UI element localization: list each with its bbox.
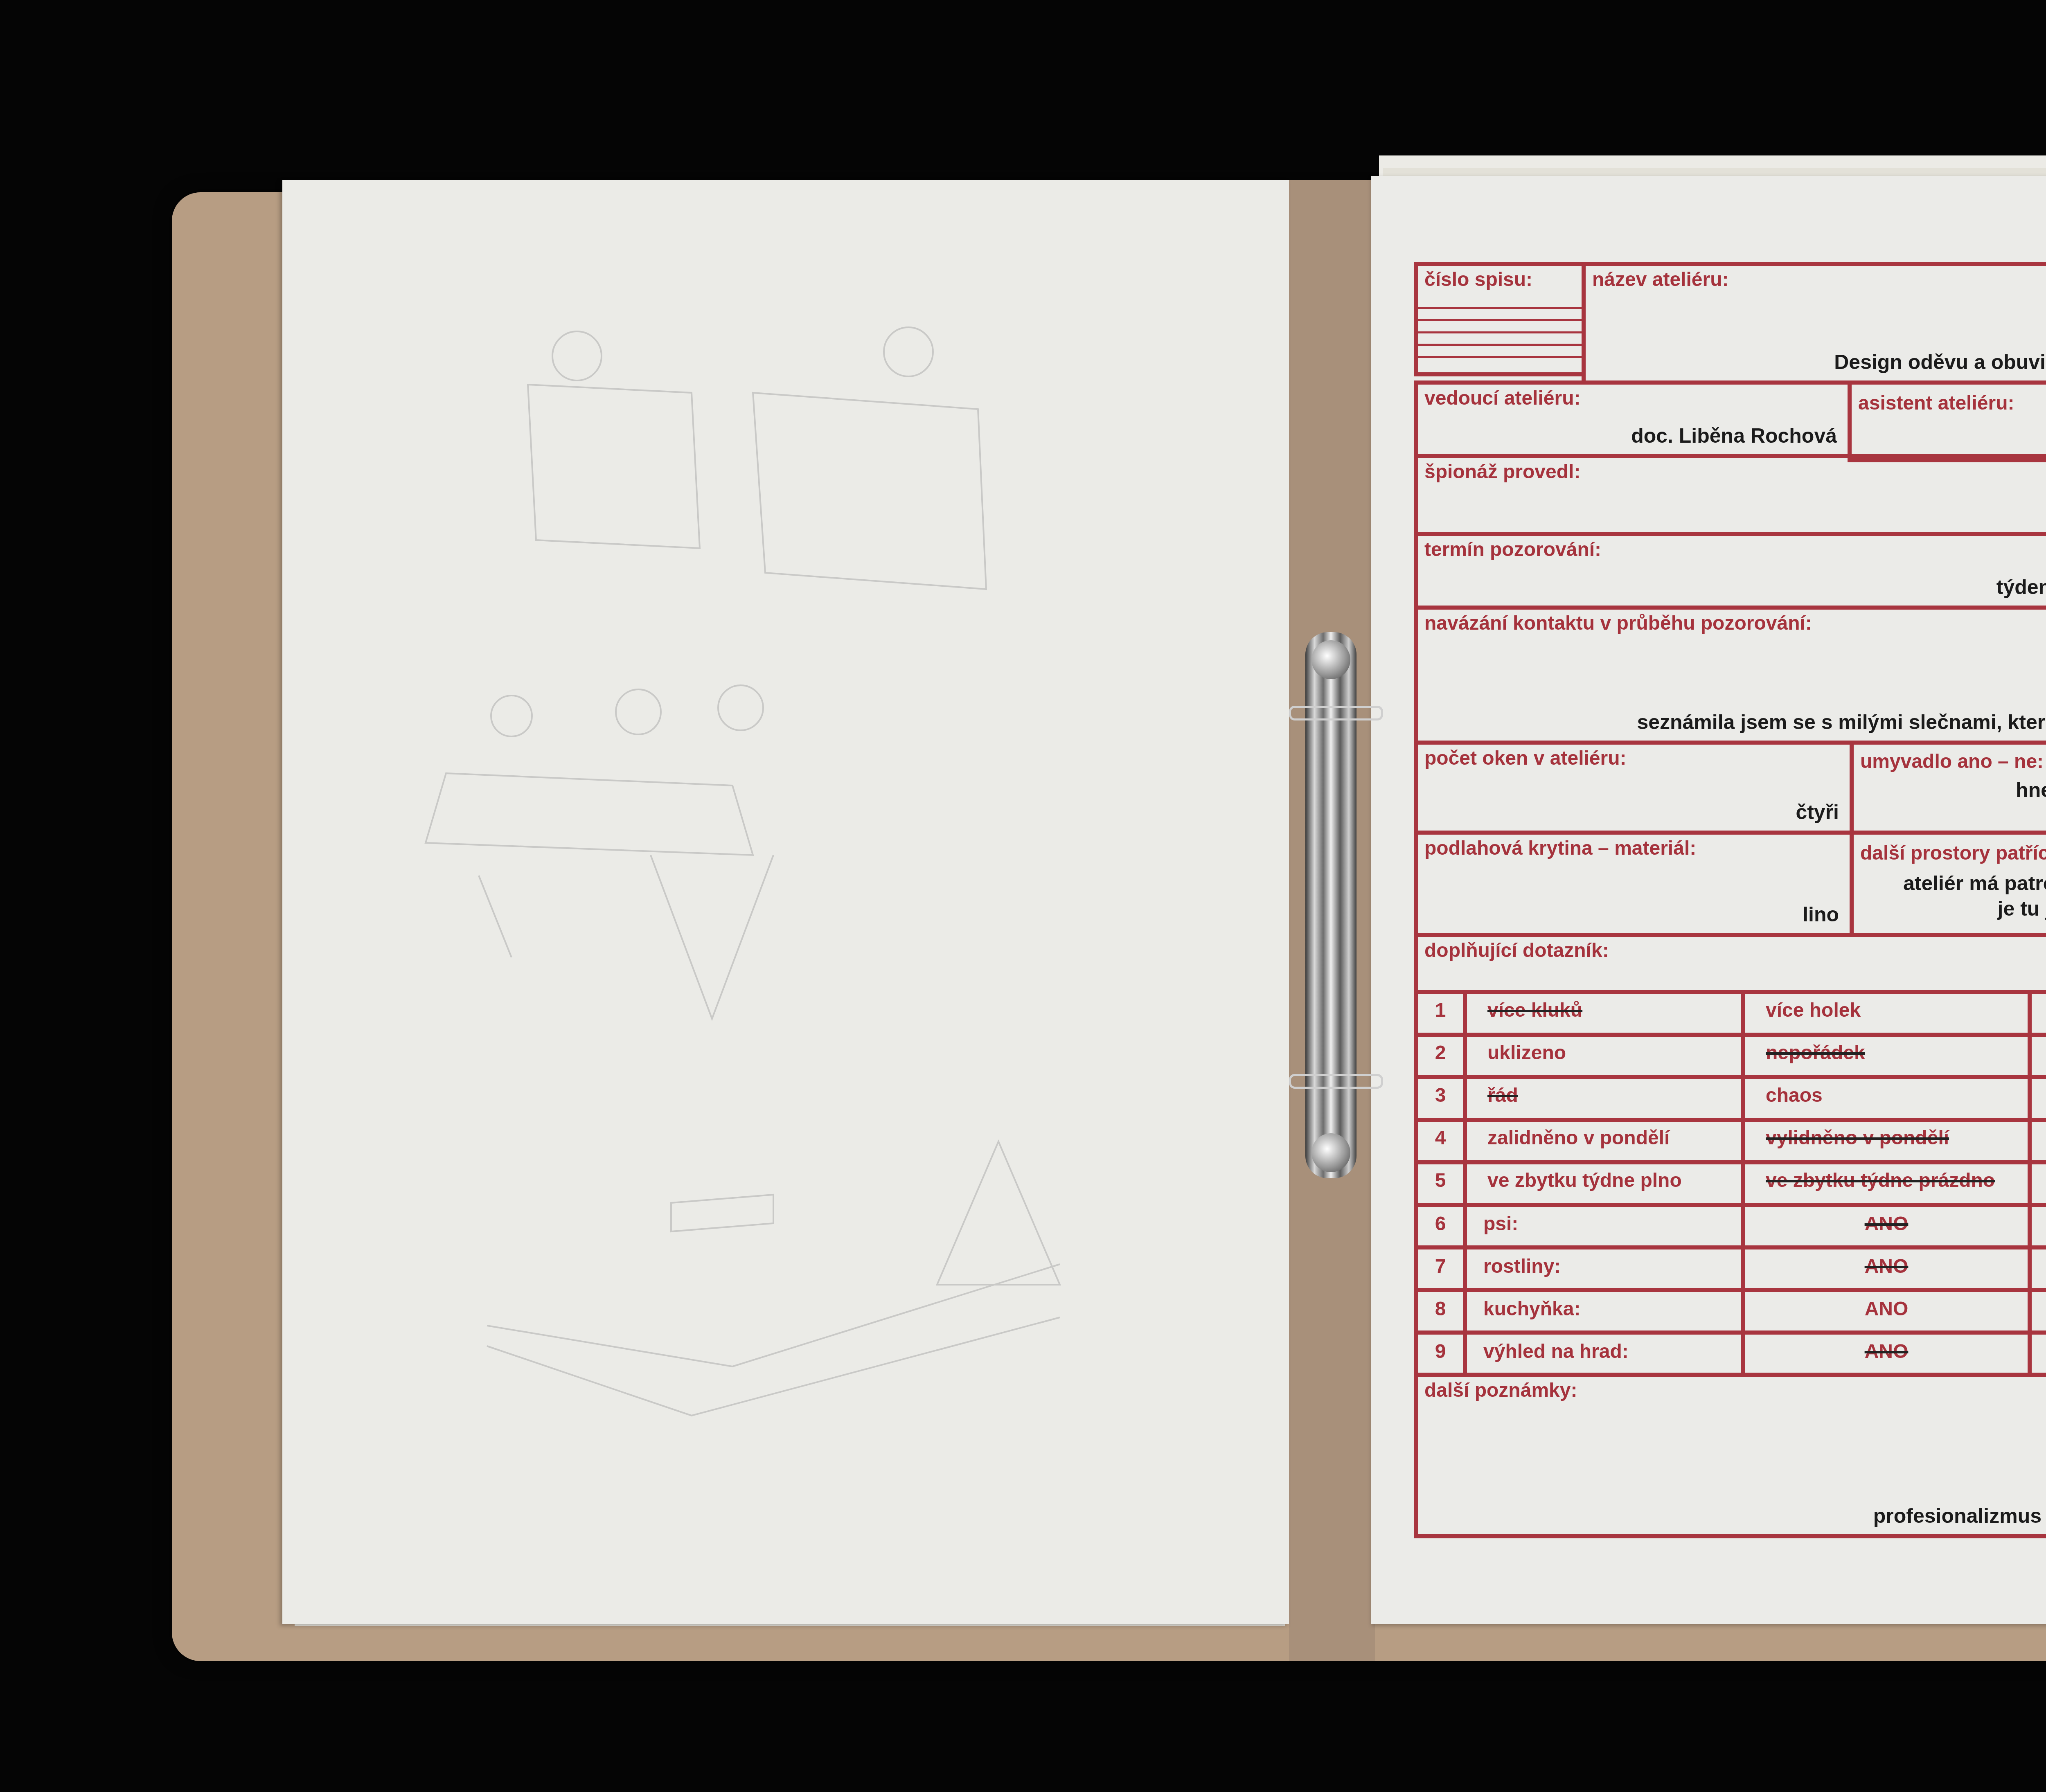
yes-option: ANO — [1745, 1213, 2028, 1235]
floor-field[interactable]: podlahová krytina – materiál: lino — [1414, 831, 1854, 937]
answer-option[interactable]: nepořádek — [1741, 1033, 2032, 1079]
row-number-cell: 8 — [1414, 1288, 1467, 1335]
studio-name-field[interactable]: název ateliéru: Design oděvu a obuvi — [1582, 262, 2046, 385]
observation-period-label: termín pozorování: — [1424, 538, 1601, 561]
question-text-cell: výhled na hrad: — [1463, 1330, 1745, 1377]
option-text: ve zbytku týdne plno — [1487, 1169, 1682, 1192]
observation-period-field[interactable]: termín pozorování: týden před koncem LS,… — [1414, 532, 2046, 610]
other-spaces-field[interactable]: další prostory patřící k ateliéru: ateli… — [1850, 831, 2046, 937]
no-option: NE — [2032, 1298, 2046, 1320]
contact-label: navázání kontaktu v průběhu pozorování: — [1424, 612, 1812, 635]
studio-head-field[interactable]: vedoucí ateliéru: doc. Liběna Rochová — [1414, 380, 1852, 458]
row-number-cell: 4 — [1414, 1118, 1467, 1164]
row-number-cell: 3 — [1414, 1075, 1467, 1122]
questionnaire-row: 5ve zbytku týdne plnove zbytku týdne prá… — [1414, 1160, 2046, 1203]
row-number: 9 — [1418, 1340, 1463, 1363]
answer-option[interactable]: chaos — [1741, 1075, 2032, 1122]
yes-no-row: 9výhled na hrad:ANONE — [1414, 1330, 2046, 1373]
file-number-label: číslo spisu: — [1424, 268, 1532, 291]
sink-value-line: hned u vchodu za dveřma, — [2016, 779, 2046, 801]
option-text: více holek — [1766, 999, 1861, 1022]
question-text-cell: kuchyňka: — [1463, 1288, 1745, 1335]
yes-option: ANO — [1745, 1340, 2028, 1363]
answer-option[interactable]: nevím — [2028, 1075, 2046, 1122]
yes-option-cell[interactable]: ANO — [1741, 1203, 2032, 1249]
floor-label: podlahová krytina – materiál: — [1424, 837, 1696, 860]
other-spaces-value: ateliér má patro, kde je prostor na šití… — [1903, 871, 2046, 921]
questionnaire-label: doplňující dotazník: — [1424, 939, 1609, 962]
binder-rivet-top — [1311, 640, 1350, 679]
no-option-cell[interactable]: NE — [2028, 1245, 2046, 1292]
yes-no-row: 8kuchyňka:ANONE — [1414, 1288, 2046, 1330]
answer-option[interactable]: uklizeno — [1463, 1033, 1745, 1079]
windows-value: čtyři — [1796, 799, 1839, 825]
row-number: 1 — [1418, 999, 1463, 1022]
row-number: 3 — [1418, 1084, 1463, 1107]
floor-value: lino — [1803, 902, 1839, 927]
observation-period-value: týden před koncem LS, 2017 — [1996, 574, 2046, 600]
row-number: 2 — [1418, 1042, 1463, 1064]
studio-head-value: doc. Liběna Rochová — [1631, 423, 1837, 448]
no-option: NE — [2032, 1213, 2046, 1235]
row-number-cell: 7 — [1414, 1245, 1467, 1292]
row-number: 5 — [1418, 1169, 1463, 1192]
binder-ring-bottom — [1289, 1074, 1383, 1089]
yes-option: ANO — [1745, 1298, 2028, 1320]
question-text: rostliny: — [1483, 1255, 1561, 1278]
other-spaces-label: další prostory patřící k ateliéru: — [1860, 842, 2046, 864]
left-page-sketch — [282, 180, 1289, 1624]
no-option-cell[interactable]: NE — [2028, 1203, 2046, 1249]
row-number-cell: 1 — [1414, 990, 1467, 1037]
answer-option[interactable]: ve zbytku týdne prázdno — [1741, 1160, 2032, 1207]
no-option: NE — [2032, 1340, 2046, 1363]
ruled-line — [1418, 331, 1582, 333]
question-text: výhled na hrad: — [1483, 1340, 1629, 1363]
row-number: 6 — [1418, 1213, 1463, 1235]
contact-field[interactable]: navázání kontaktu v průběhu pozorování: … — [1414, 606, 2046, 745]
answer-option[interactable]: vylidněno v pondělí — [1741, 1118, 2032, 1164]
questionnaire-row: 4zalidněno v pondělívylidněno v pondělín… — [1414, 1118, 2046, 1160]
questionnaire-row: 2uklizenonepořádekstřídavě — [1414, 1033, 2046, 1075]
windows-field[interactable]: počet oken v ateliéru: čtyři — [1414, 741, 1854, 835]
answer-option[interactable]: vyrovnané — [2028, 990, 2046, 1037]
answer-option[interactable]: nevím — [2028, 1160, 2046, 1207]
studio-assistant-label: asistent ateliéru: — [1858, 392, 2014, 414]
studio-assistant-field[interactable]: asistent ateliéru: MgA. Vojta Novotný — [1848, 380, 2046, 462]
other-spaces-value-line: je tu ještě top secret kabinet — [1998, 897, 2046, 920]
sink-field[interactable]: umyvadlo ano – ne: hned u vchodu za dveř… — [1850, 741, 2046, 835]
row-number-cell: 2 — [1414, 1033, 1467, 1079]
notes-field[interactable]: další poznámky: profesionalizmus — [1414, 1373, 2046, 1538]
no-option-cell[interactable]: NE — [2028, 1330, 2046, 1377]
notes-label: další poznámky: — [1424, 1379, 1577, 1402]
pencil-sketch-drawing — [282, 180, 1289, 1624]
questionnaire-header: doplňující dotazník: — [1414, 933, 2046, 994]
studio-name-label: název ateliéru: — [1592, 268, 1728, 291]
studio-head-label: vedoucí ateliéru: — [1424, 387, 1580, 410]
answer-option[interactable]: více holek — [1741, 990, 2032, 1037]
questionnaire-row: 1více klukůvíce holekvyrovnané — [1414, 990, 2046, 1033]
question-text-cell: psi: — [1463, 1203, 1745, 1249]
sink-label: umyvadlo ano – ne: — [1860, 750, 2044, 773]
yes-no-row: 7rostliny:ANONE — [1414, 1245, 2046, 1288]
row-number-cell: 9 — [1414, 1330, 1467, 1377]
spy-report-form: číslo spisu: název ateliéru: Design oděv… — [1414, 262, 2046, 1538]
ruled-line — [1418, 344, 1582, 346]
option-text: uklizeno — [1487, 1042, 1566, 1064]
row-number: 8 — [1418, 1298, 1463, 1320]
yes-option-cell[interactable]: ANO — [1741, 1330, 2032, 1377]
spy-label: špionáž provedl: — [1424, 461, 1580, 483]
studio-name-value: Design oděvu a obuvi — [1834, 349, 2046, 375]
row-number-cell: 5 — [1414, 1160, 1467, 1207]
option-text: více kluků — [1487, 999, 1582, 1022]
notes-value: profesionalizmus — [1873, 1503, 2041, 1529]
answer-option[interactable]: nevím — [2028, 1118, 2046, 1164]
option-text: řád — [1487, 1084, 1518, 1107]
no-option: NE — [2032, 1255, 2046, 1278]
row-number: 7 — [1418, 1255, 1463, 1278]
option-text: zalidněno v pondělí — [1487, 1127, 1670, 1149]
ruled-line — [1418, 356, 1582, 358]
question-text: psi: — [1483, 1213, 1518, 1235]
row-number-cell: 6 — [1414, 1203, 1467, 1249]
yes-option-cell[interactable]: ANO — [1741, 1288, 2032, 1335]
answer-option[interactable]: řád — [1463, 1075, 1745, 1122]
answer-option[interactable]: více kluků — [1463, 990, 1745, 1037]
other-spaces-value-line: ateliér má patro, kde je prostor na šití… — [1903, 872, 2046, 895]
yes-no-row: 6psi:ANONE — [1414, 1203, 2046, 1245]
binder-rivet-bottom — [1311, 1133, 1350, 1172]
option-text: ve zbytku týdne prázdno — [1766, 1169, 1995, 1192]
question-text: kuchyňka: — [1483, 1298, 1580, 1320]
row-number: 4 — [1418, 1127, 1463, 1149]
file-number-field[interactable]: číslo spisu: — [1414, 262, 1586, 376]
answer-option[interactable]: střídavě — [2028, 1033, 2046, 1079]
yes-option-cell[interactable]: ANO — [1741, 1245, 2032, 1292]
option-text: vylidněno v pondělí — [1766, 1127, 1949, 1149]
yes-option: ANO — [1745, 1255, 2028, 1278]
ruled-line — [1418, 307, 1582, 309]
binder-ring-top — [1289, 706, 1383, 720]
spy-field[interactable]: špionáž provedl: Milana Kasianova — [1414, 454, 2046, 536]
answer-option[interactable]: zalidněno v pondělí — [1463, 1118, 1745, 1164]
no-option-cell[interactable]: NE — [2028, 1288, 2046, 1335]
questionnaire-row: 3řádchaosnevím — [1414, 1075, 2046, 1118]
sink-value: hned u vchodu za dveřma,mini kuchyňka — [2016, 777, 2046, 828]
windows-label: počet oken v ateliéru: — [1424, 747, 1626, 770]
option-text: nepořádek — [1766, 1042, 1865, 1064]
question-text-cell: rostliny: — [1463, 1245, 1745, 1292]
ruled-line — [1418, 319, 1582, 321]
contact-value: seznámila jsem se s milými slečnami, kte… — [1637, 709, 2046, 735]
option-text: chaos — [1766, 1084, 1823, 1107]
answer-option[interactable]: ve zbytku týdne plno — [1463, 1160, 1745, 1207]
